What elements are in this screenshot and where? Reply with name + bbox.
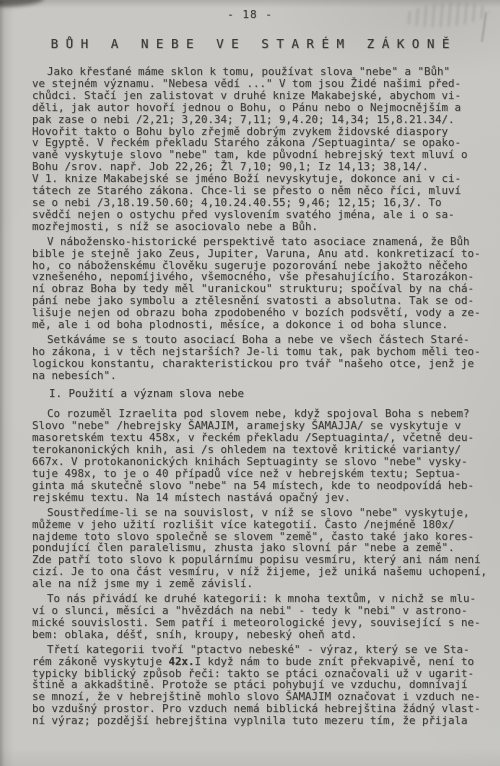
paragraph-4: Co rozuměl Izraelita pod slovem nebe, kd… [32, 408, 490, 503]
document-body: Jako křesťané máme sklon k tomu, používa… [32, 66, 490, 730]
scanned-document-page: { "page": { "number_label": "- 18 -", "t… [0, 0, 500, 766]
page-number: - 18 - [0, 8, 500, 21]
paragraph-3: Setkáváme se s touto asociací Boha a neb… [32, 334, 490, 382]
section-heading: I. Použití a význam slova nebe [32, 388, 490, 400]
paragraph-6: To nás přivádí ke druhé kategorii: k mno… [32, 593, 490, 641]
paragraph-5: Soustředíme-li se na souvislost, v níž s… [32, 507, 490, 590]
paragraph-1: Jako křesťané máme sklon k tomu, používa… [32, 66, 490, 233]
document-title: B Ů H A N E B E V E S T A R É M Z Á K O … [0, 36, 500, 51]
paragraph-7: Třetí kategorii tvoří "ptactvo nebeské" … [32, 644, 490, 727]
paragraph-2: V nábožensko-historické perspektivě tato… [32, 236, 490, 331]
